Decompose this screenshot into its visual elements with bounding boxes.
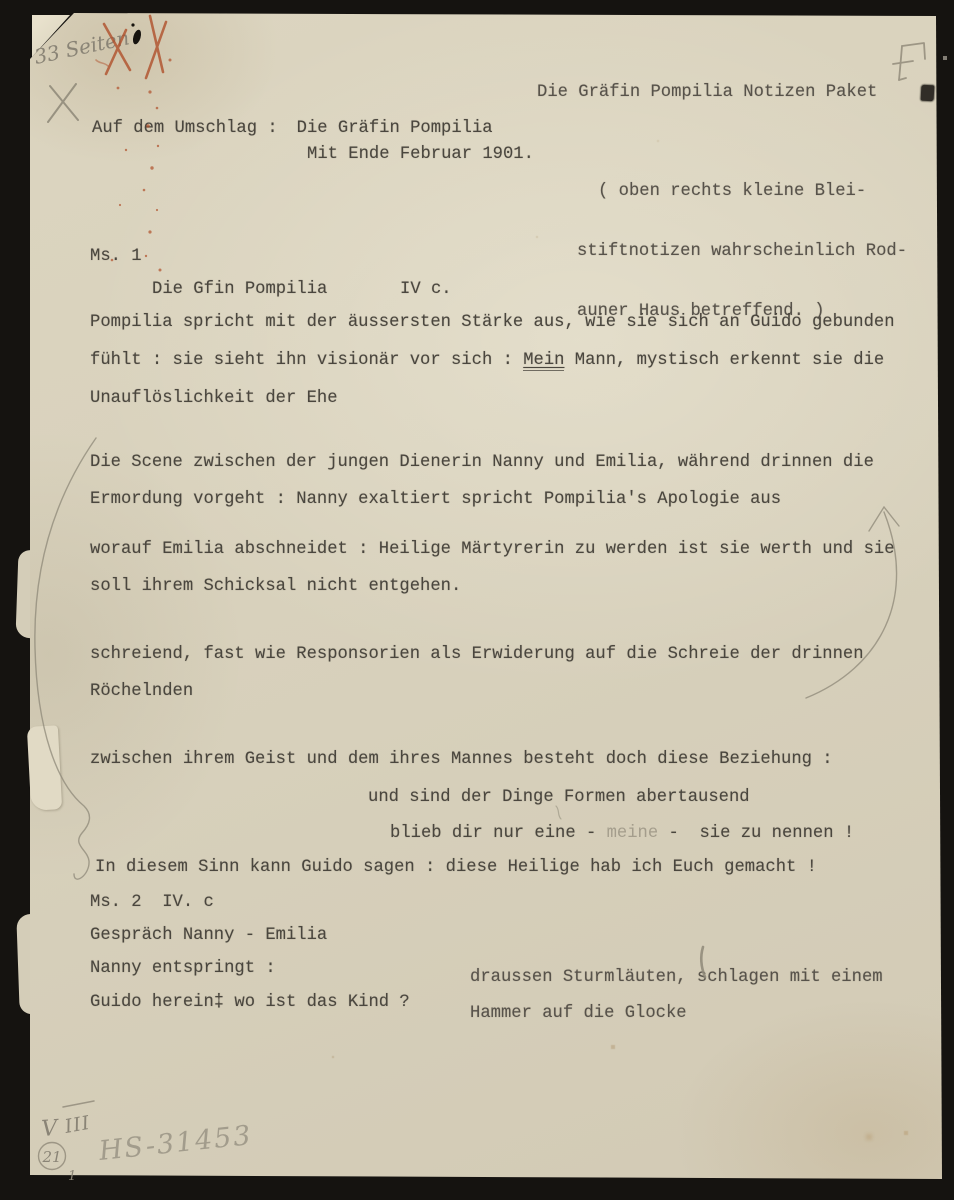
para1-line1: Pompilia spricht mit der äussersten Stär…: [90, 313, 895, 333]
para4-line1: schreiend, fast wie Responsorien als Erw…: [90, 645, 864, 665]
para5-line3-pre: blieb dir nur eine -: [390, 824, 607, 843]
torn-edge-piece-middle: [27, 725, 62, 811]
para1-line2-post: Mann, mystisch erkennt sie die: [564, 351, 884, 370]
envelope-label: Auf dem Umschlag :: [92, 119, 278, 138]
pencil-note-line-2: stiftnotizen wahrscheinlich Rod-: [577, 242, 907, 262]
para3-line2: soll ihrem Schicksal nicht entgehen.: [90, 577, 461, 597]
pencil-note-line-1: ( oben rechts kleine Blei-: [577, 182, 907, 202]
para5-line2: und sind der Dinge Formen abertausend: [368, 788, 750, 808]
para1-line2-underlined-word: Mein: [523, 351, 564, 371]
ms1-label: Ms. 1: [90, 247, 142, 267]
ms2-line3: Guido herein‡ wo ist das Kind ?: [90, 993, 410, 1013]
para1-line2-pre: fühlt : sie sieht ihn visionär vor sich …: [90, 351, 523, 370]
scan-background: Die Gräfin Pompilia Notizen Paket Auf de…: [0, 0, 954, 1200]
paper-stain-specks: [0, 0, 2, 2]
ms2-line2: Nanny entspringt :: [90, 959, 276, 979]
para5-line4: In diesem Sinn kann Guido sagen : diese …: [95, 858, 817, 878]
package-title-line: Die Gräfin Pompilia Notizen Paket: [537, 83, 877, 103]
envelope-line: Auf dem Umschlag :Die Gräfin Pompilia: [92, 119, 493, 139]
para5-line3: blieb dir nur eine - meine - sie zu nenn…: [390, 824, 854, 844]
para5-line3-post: - sie zu nennen !: [658, 824, 854, 843]
side-note-line-1: draussen Sturmläuten, schlagen mit einem: [470, 968, 883, 988]
ms1-title-number: IV c.: [400, 280, 452, 300]
para4-line2: Röchelnden: [90, 682, 193, 702]
para5-line3-faint-word: meine: [607, 824, 659, 843]
para1-line2: fühlt : sie sieht ihn visionär vor sich …: [90, 351, 884, 371]
para3-line1: worauf Emilia abschneidet : Heilige Märt…: [90, 540, 895, 560]
para1-line3: Unauflöslichkeit der Ehe: [90, 389, 338, 409]
ms2-line1: Gespräch Nanny - Emilia: [90, 926, 327, 946]
side-note-line-2: Hammer auf die Glocke: [470, 1004, 687, 1024]
ms2-label: Ms. 2 IV. c: [90, 893, 214, 913]
envelope-title: Die Gräfin Pompilia: [297, 119, 493, 138]
para2-line2: Ermordung vorgeht : Nanny exaltiert spri…: [90, 490, 781, 510]
envelope-date: Mit Ende Februar 1901.: [307, 145, 534, 165]
para2-line1: Die Scene zwischen der jungen Dienerin N…: [90, 453, 874, 473]
overtyped-character-block: [921, 85, 935, 102]
para5-line1: zwischen ihrem Geist und dem ihres Manne…: [90, 750, 833, 770]
ms1-title: Die Gfin Pompilia: [152, 280, 327, 300]
